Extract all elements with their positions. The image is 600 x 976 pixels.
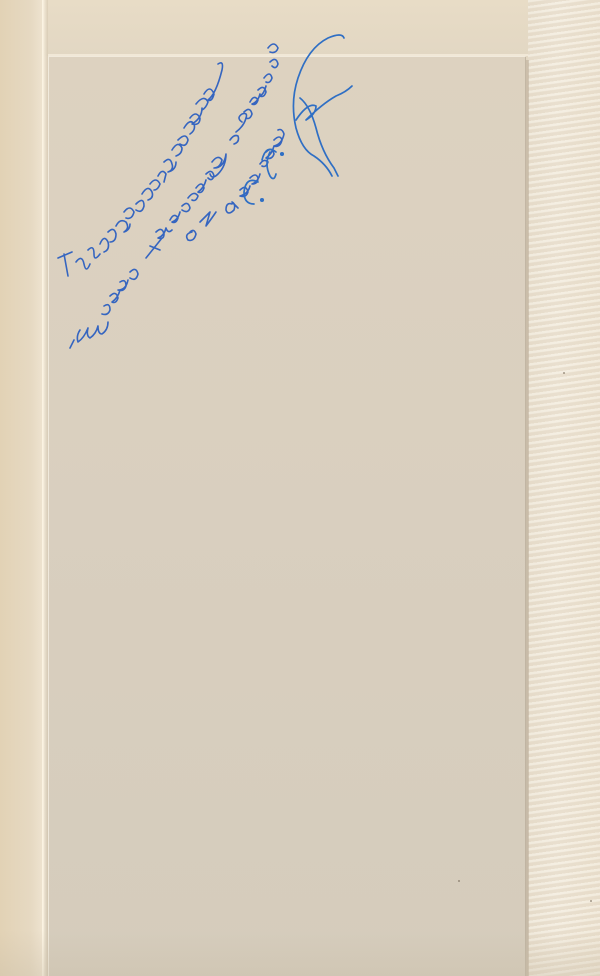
inscription-line-3: [187, 130, 284, 241]
signature: [244, 35, 352, 204]
inscription-line-2: [70, 44, 278, 348]
handwritten-inscription: [0, 0, 600, 976]
inscription-line-1: [58, 63, 223, 276]
book-page: Глубокоуважаемому Ивану Николаевичу Ямко…: [0, 0, 600, 976]
